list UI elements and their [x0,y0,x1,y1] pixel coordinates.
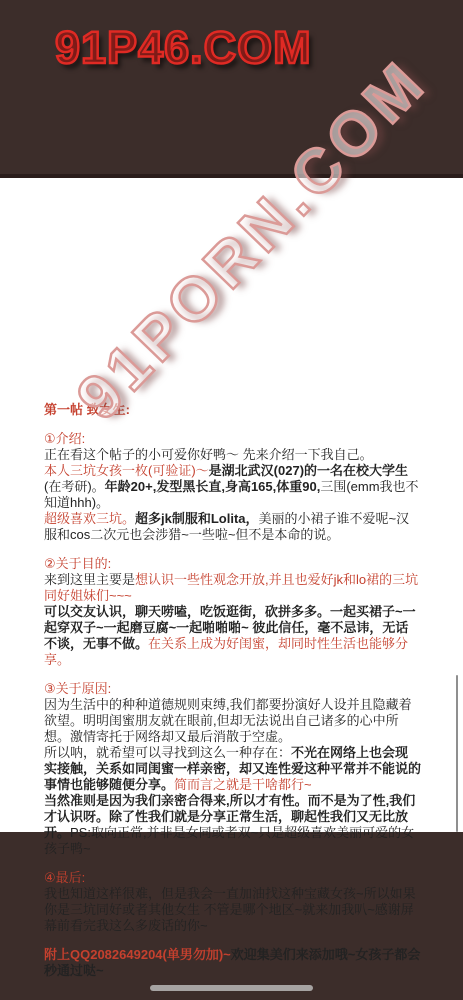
section-4-heading: ④最后: [44,870,421,886]
phone-screenshot: 第一帖 致女生: ①介绍: 正在看这个帖子的小可爱你好鸭～ 先来介绍一下我自己。… [0,0,463,1000]
reason-line-3: 当然准则是因为我们亲密合得来,所以才有性。而不是为了性,我们才认识呀。除了性我们… [44,793,421,857]
final-line: 我也知道这样很难，但是我会一直加油找这种宝藏女孩~所以如果你是三坑同好或者其他女… [44,886,421,934]
section-1-heading: ①介绍: [44,431,421,447]
hobby-description-line: 超级喜欢三坑。超多jk制服和Lolita，美丽的小裙子谁不爱呢~汉服和cos二次… [44,511,421,543]
reason-line-1: 因为生活中的种种道德规则束缚,我们都要扮演好人设并且隐藏着欲望。明明闺蜜朋友就在… [44,697,421,745]
self-description-line: 本人三坑女孩一枚(可验证)～是湖北武汉(027)的一名在校大学生(在考研)。年龄… [44,463,421,511]
section-3-heading: ③关于原因: [44,681,421,697]
qq-contact-line: 附上QQ2082649204(单男勿加)~欢迎集美们来添加哦~女孩子都会秒通过哒… [44,947,421,979]
qq-number-text: 附上QQ2082649204(单男勿加)~ [44,947,231,962]
section-2-heading: ②关于目的: [44,556,421,572]
reason-line-2: 所以呐，就希望可以寻找到这么一种存在：不光在网络上也会现实接触，关系如同闺蜜一样… [44,745,421,793]
intro-line: 正在看这个帖子的小可爱你好鸭～ 先来介绍一下我自己。 [44,447,421,463]
scrollbar-thumb[interactable] [456,675,458,832]
purpose-line-2: 可以交友认识，聊天唠嗑，吃饭逛街，砍拼多多。一起买裙子~一起穿双子~一起磨豆腐~… [44,604,421,668]
home-indicator-bar[interactable] [150,985,313,991]
purpose-line-1: 来到这里主要是想认识一些性观念开放,并且也爱好jk和lo裙的三坑同好姐妹们~~~ [44,572,421,604]
site-watermark-top: 91P46.COM [55,22,312,74]
post-body: 第一帖 致女生: ①介绍: 正在看这个帖子的小可爱你好鸭～ 先来介绍一下我自己。… [44,402,421,979]
